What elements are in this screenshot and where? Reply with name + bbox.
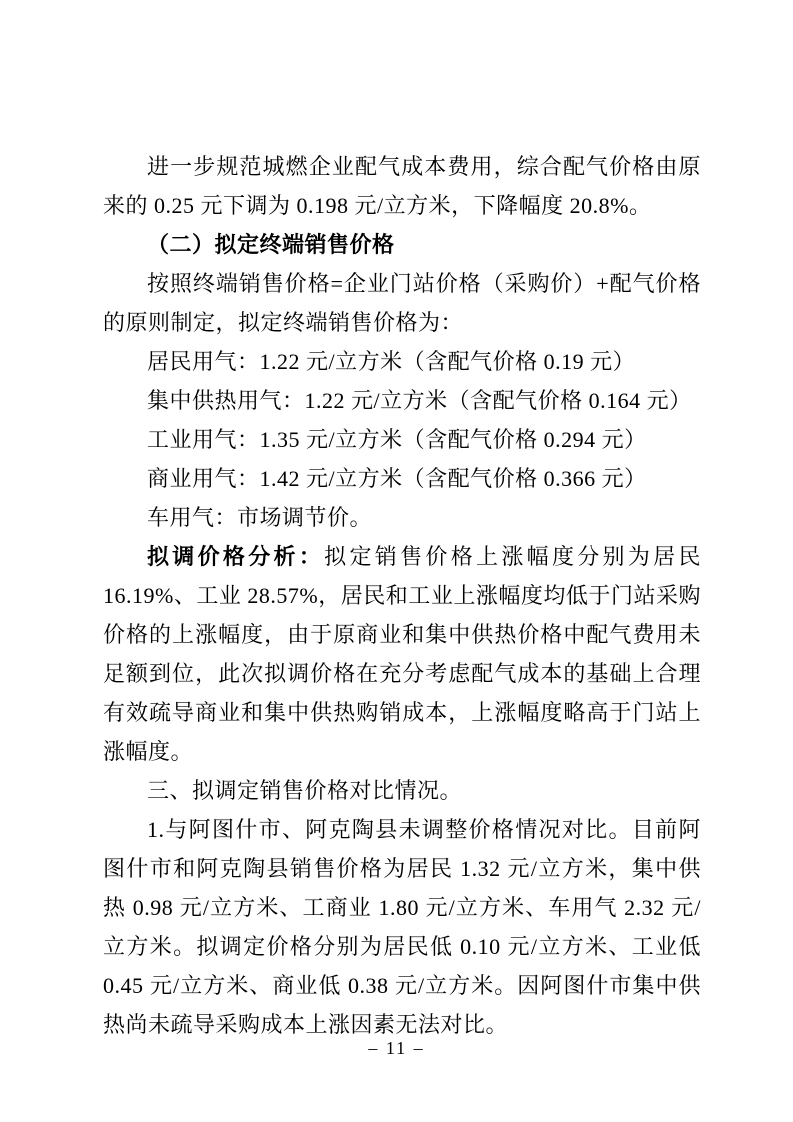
price-item-vehicle: 车用气：市场调节价。 [103, 498, 701, 537]
analysis-body-text: 拟定销售价格上涨幅度分别为居民 16.19%、工业 28.57%，居民和工业上涨… [103, 544, 701, 764]
price-item-central-heating: 集中供热用气：1.22 元/立方米（含配气价格 0.164 元） [103, 381, 701, 420]
paragraph-pricing-principle: 按照终端销售价格=企业门站价格（采购价）+配气价格的原则制定，拟定终端销售价格为… [103, 264, 701, 342]
page-footer: – 11 – [0, 1038, 793, 1059]
document-body: 进一步规范城燃企业配气成本费用，综合配气价格由原来的 0.25 元下调为 0.1… [103, 147, 701, 1044]
paragraph-comparison: 1.与阿图什市、阿克陶县未调整价格情况对比。目前阿图什市和阿克陶县销售价格为居民… [103, 810, 701, 1044]
paragraph-analysis: 拟调价格分析：拟定销售价格上涨幅度分别为居民 16.19%、工业 28.57%，… [103, 537, 701, 771]
paragraph-gas-cost: 进一步规范城燃企业配气成本费用，综合配气价格由原来的 0.25 元下调为 0.1… [103, 147, 701, 225]
price-item-residential: 居民用气：1.22 元/立方米（含配气价格 0.19 元） [103, 342, 701, 381]
heading-section-2: （二）拟定终端销售价格 [103, 225, 701, 264]
analysis-lead-label: 拟调价格分析： [147, 544, 324, 569]
heading-section-3: 三、拟调定销售价格对比情况。 [103, 771, 701, 810]
price-item-industrial: 工业用气：1.35 元/立方米（含配气价格 0.294 元） [103, 420, 701, 459]
page-number: – 11 – [368, 1038, 424, 1058]
price-item-commercial: 商业用气：1.42 元/立方米（含配气价格 0.366 元） [103, 459, 701, 498]
document-page: 进一步规范城燃企业配气成本费用，综合配气价格由原来的 0.25 元下调为 0.1… [0, 0, 793, 1122]
